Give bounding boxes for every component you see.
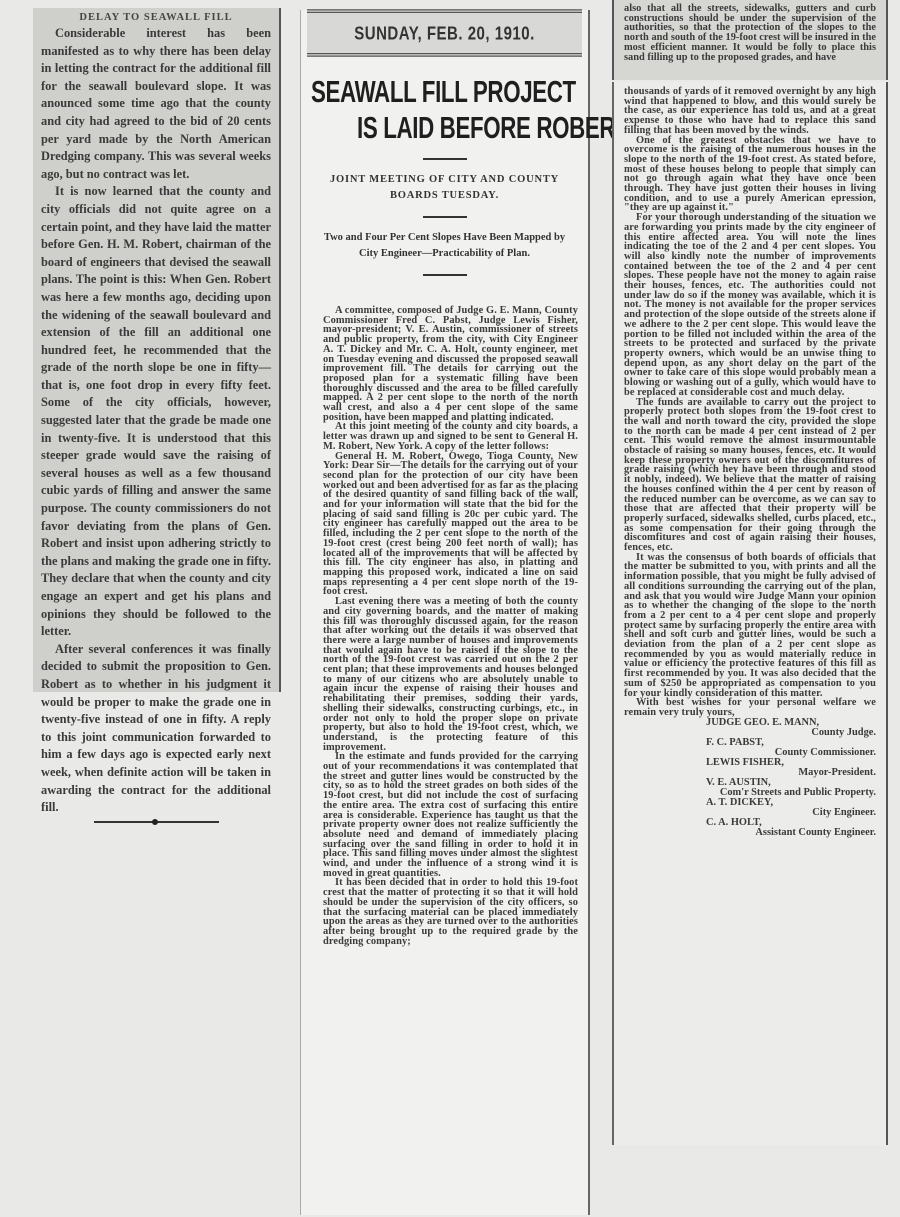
right-clipping-top: also that all the streets, sidewalks, gu… — [612, 0, 888, 80]
deck: JOINT MEETING OF CITY AND COUNTY BOARDS … — [301, 172, 588, 204]
article-paragraph: At this joint meeting of the county and … — [323, 422, 578, 451]
letter-paragraph: For your thorough understanding of the s… — [624, 213, 876, 397]
dateline: SUNDAY, FEB. 20, 1910. — [307, 9, 582, 57]
divider-rule — [423, 274, 467, 276]
letter-closing: With best wishes for your personal welfa… — [624, 698, 876, 717]
letter-paragraph: One of the greatest obstacles that we ha… — [624, 136, 876, 214]
signature-block: JUDGE GEO. E. MANN, County Judge. F. C. … — [624, 718, 876, 838]
signatory-title: Assistant County Engineer. — [624, 828, 876, 838]
article-paragraph: Last evening there was a meeting of both… — [323, 597, 578, 752]
left-paragraph: It is now learned that the county and ci… — [41, 183, 271, 640]
headline-line-2: IS LAID BEFORE ROBERT — [357, 110, 523, 146]
letter-paragraph: thousands of yards of it removed overnig… — [624, 87, 876, 136]
center-clipping: SUNDAY, FEB. 20, 1910. SEAWALL FILL PROJ… — [300, 10, 590, 1215]
headline-line-1: SEAWALL FILL PROJECT — [311, 74, 510, 110]
left-clipping-headline: DELAY TO SEAWALL FILL — [41, 12, 271, 23]
letter-paragraph: The funds are available to carry out the… — [624, 398, 876, 553]
right-clipping: thousands of yards of it removed overnig… — [612, 82, 888, 1145]
left-clipping: DELAY TO SEAWALL FILL Considerable inter… — [33, 8, 281, 692]
article-paragraph: It has been decided that in order to hol… — [323, 878, 578, 946]
article-paragraph: A committee, composed of Judge G. E. Man… — [323, 306, 578, 422]
left-paragraph: After several conferences it was finally… — [41, 641, 271, 817]
continuation-paragraph: also that all the streets, sidewalks, gu… — [624, 4, 876, 62]
left-paragraph: Considerable interest has been manifeste… — [41, 25, 271, 183]
article-paragraph: General H. M. Robert, Owego, Tioga Count… — [323, 452, 578, 598]
ornament-divider — [94, 821, 219, 823]
article-body: A committee, composed of Judge G. E. Man… — [301, 288, 588, 946]
letter-paragraph: It was the consensus of both boards of o… — [624, 553, 876, 699]
divider-rule — [423, 216, 467, 218]
article-paragraph: In the estimate and funds provided for t… — [323, 752, 578, 878]
divider-rule — [423, 158, 467, 160]
subdeck: Two and Four Per Cent Slopes Have Been M… — [301, 230, 588, 262]
